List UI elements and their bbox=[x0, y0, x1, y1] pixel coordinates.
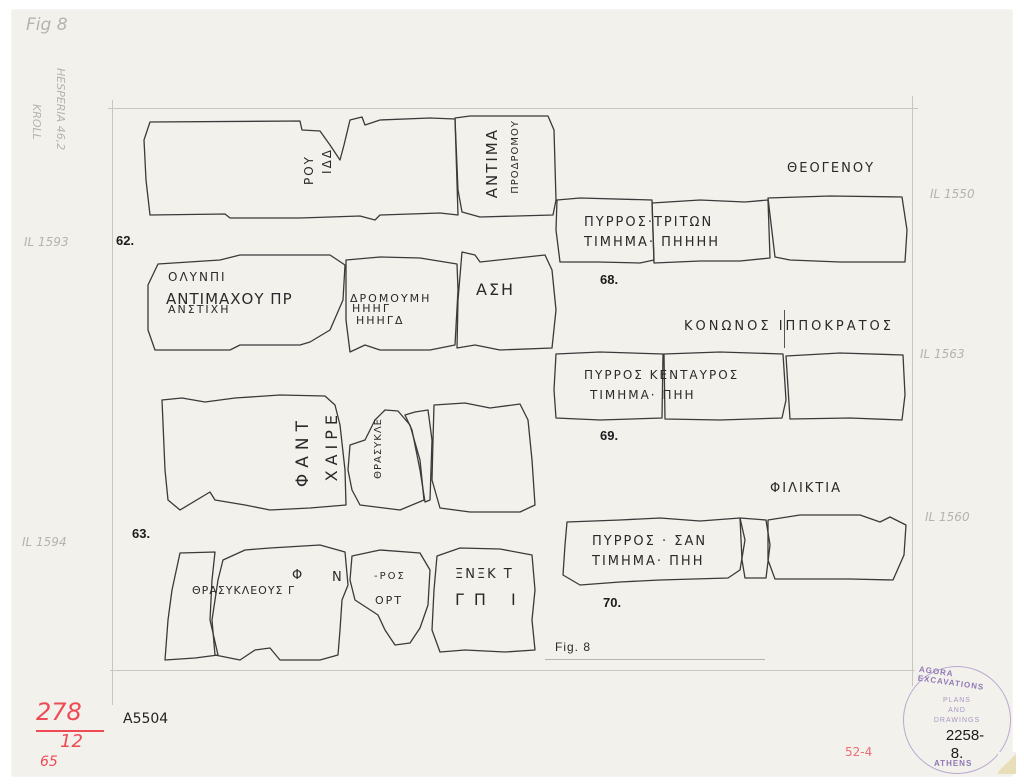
fragment-outlines bbox=[0, 0, 1024, 784]
red-fraction-bottom: 12 bbox=[60, 731, 83, 752]
catalog-number: A5504 bbox=[123, 711, 168, 727]
plate-63-label: 63. bbox=[132, 526, 150, 541]
agora-excavations-stamp: AGORA EXCAVATIONS PLANS AND DRAWINGS 225… bbox=[903, 666, 1011, 774]
plate-62-inscription-10: ΗΗΗΓΔ bbox=[356, 314, 404, 327]
figure-caption: Fig. 8 bbox=[555, 640, 591, 654]
fragment-69-right bbox=[786, 353, 905, 420]
plate-69-heading-divider bbox=[784, 310, 785, 348]
plate-62-inscription-1: ΙΔΔ bbox=[320, 148, 334, 174]
plate-63-inscription-6: Ν bbox=[332, 570, 344, 585]
fragment-63-lower-main bbox=[212, 545, 348, 660]
stamp-inner-3: DRAWINGS bbox=[904, 717, 1010, 724]
paper-corner-fold bbox=[998, 752, 1016, 774]
plate-70-label: 70. bbox=[603, 595, 621, 610]
plate-68-label: 68. bbox=[600, 272, 618, 287]
fragment-63-upper-middle bbox=[348, 410, 424, 510]
red-fraction-top: 278 bbox=[36, 698, 82, 726]
plate-63-inscription-8: ΟΡΤ bbox=[375, 594, 403, 607]
plate-69-heading: ΚΟΝΩΝΟΣ ΙΠΠΟΚΡΑΤΟΣ bbox=[684, 319, 894, 334]
plate-63-inscription-10: ΓΠ Ι bbox=[455, 590, 526, 609]
plate-62-inscription-3: ΑΝΤΙΜΑ bbox=[483, 128, 501, 198]
plate-63-inscription-4: ΘΡΑΣΥΚΛΕΟΥΣ Γ bbox=[192, 584, 295, 597]
fragment-63-lower-left bbox=[165, 552, 218, 660]
plate-63-inscription-5: Φ bbox=[292, 568, 304, 583]
plate-62-inscription-5: ΟΛΥΝΠΙ bbox=[168, 270, 227, 284]
stamp-number-line-1: 2258- bbox=[912, 727, 1018, 744]
fragment-62-upper-right bbox=[455, 116, 556, 217]
plate-62-inscription-4: ΠΡΟΔΡΟΜΟΥ bbox=[510, 120, 521, 194]
plate-68-line-2: ΤΙΜΗΜΑ· ΠΗΗΗΗ bbox=[584, 235, 720, 250]
fragment-70-right bbox=[768, 515, 906, 580]
stamp-ring-bottom: ATHENS bbox=[934, 759, 972, 768]
fragment-63-upper-left bbox=[162, 395, 346, 510]
plate-62-inscription-7: ΑΝΣΤΙΧΗ bbox=[168, 303, 230, 316]
plate-62-label: 62. bbox=[116, 233, 134, 248]
fragment-70-left bbox=[563, 518, 745, 585]
plate-63-inscription-1: ΦΑΝΤ bbox=[293, 415, 313, 487]
plate-69-label: 69. bbox=[600, 428, 618, 443]
plate-63-inscription-3: ΘΡΑΣΥΚΛΕ bbox=[373, 418, 384, 479]
plate-63-inscription-7: -ΡΟΣ bbox=[374, 571, 406, 582]
fragment-62-lower-right bbox=[457, 252, 556, 350]
plate-63-inscription-9: ΞΝΞΚ Τ bbox=[455, 567, 514, 582]
plate-70-line-1: ΠΥΡΡΟΣ · ΣΑΝ bbox=[592, 534, 707, 549]
plate-70-heading: ΦΙΛΙΚΤΙΑ bbox=[770, 481, 842, 496]
plate-69-line-1: ΠΥΡΡΟΣ ΚΕΝΤΑΥΡΟΣ bbox=[584, 368, 739, 382]
plate-69-line-2: ΤΙΜΗΜΑ· ΠΗΗ bbox=[590, 388, 696, 402]
fragment-68-left bbox=[556, 198, 654, 263]
plate-68-heading: ΘΕΟΓΕΝΟΥ bbox=[787, 161, 875, 176]
plate-70-line-2: ΤΙΜΗΜΑ· ΠΗΗ bbox=[592, 554, 704, 569]
stamp-inner-2: AND bbox=[904, 707, 1010, 714]
plate-62-inscription-2: ΡΟΥ bbox=[302, 155, 316, 185]
plate-63-inscription-2: ΧΑΙΡΕ bbox=[322, 410, 341, 481]
fragment-63-upper-right bbox=[432, 403, 535, 512]
fragment-68-right bbox=[768, 196, 907, 262]
fragment-69-left bbox=[554, 352, 663, 420]
fragment-69-middle bbox=[664, 352, 786, 420]
plate-68-line-1: ΠΥΡΡΟΣ·ΤΡΙΤΩΝ bbox=[584, 215, 713, 230]
fragment-68-middle bbox=[652, 200, 770, 263]
fragment-70-middle bbox=[740, 518, 770, 578]
red-note-bottom-center: 52-4 bbox=[845, 745, 872, 759]
red-note-below: 65 bbox=[40, 754, 58, 770]
fragment-62-upper-left bbox=[144, 117, 458, 220]
plate-62-inscription-11: ΑΣΗ bbox=[476, 280, 515, 299]
stamp-inner-1: PLANS bbox=[904, 697, 1010, 704]
